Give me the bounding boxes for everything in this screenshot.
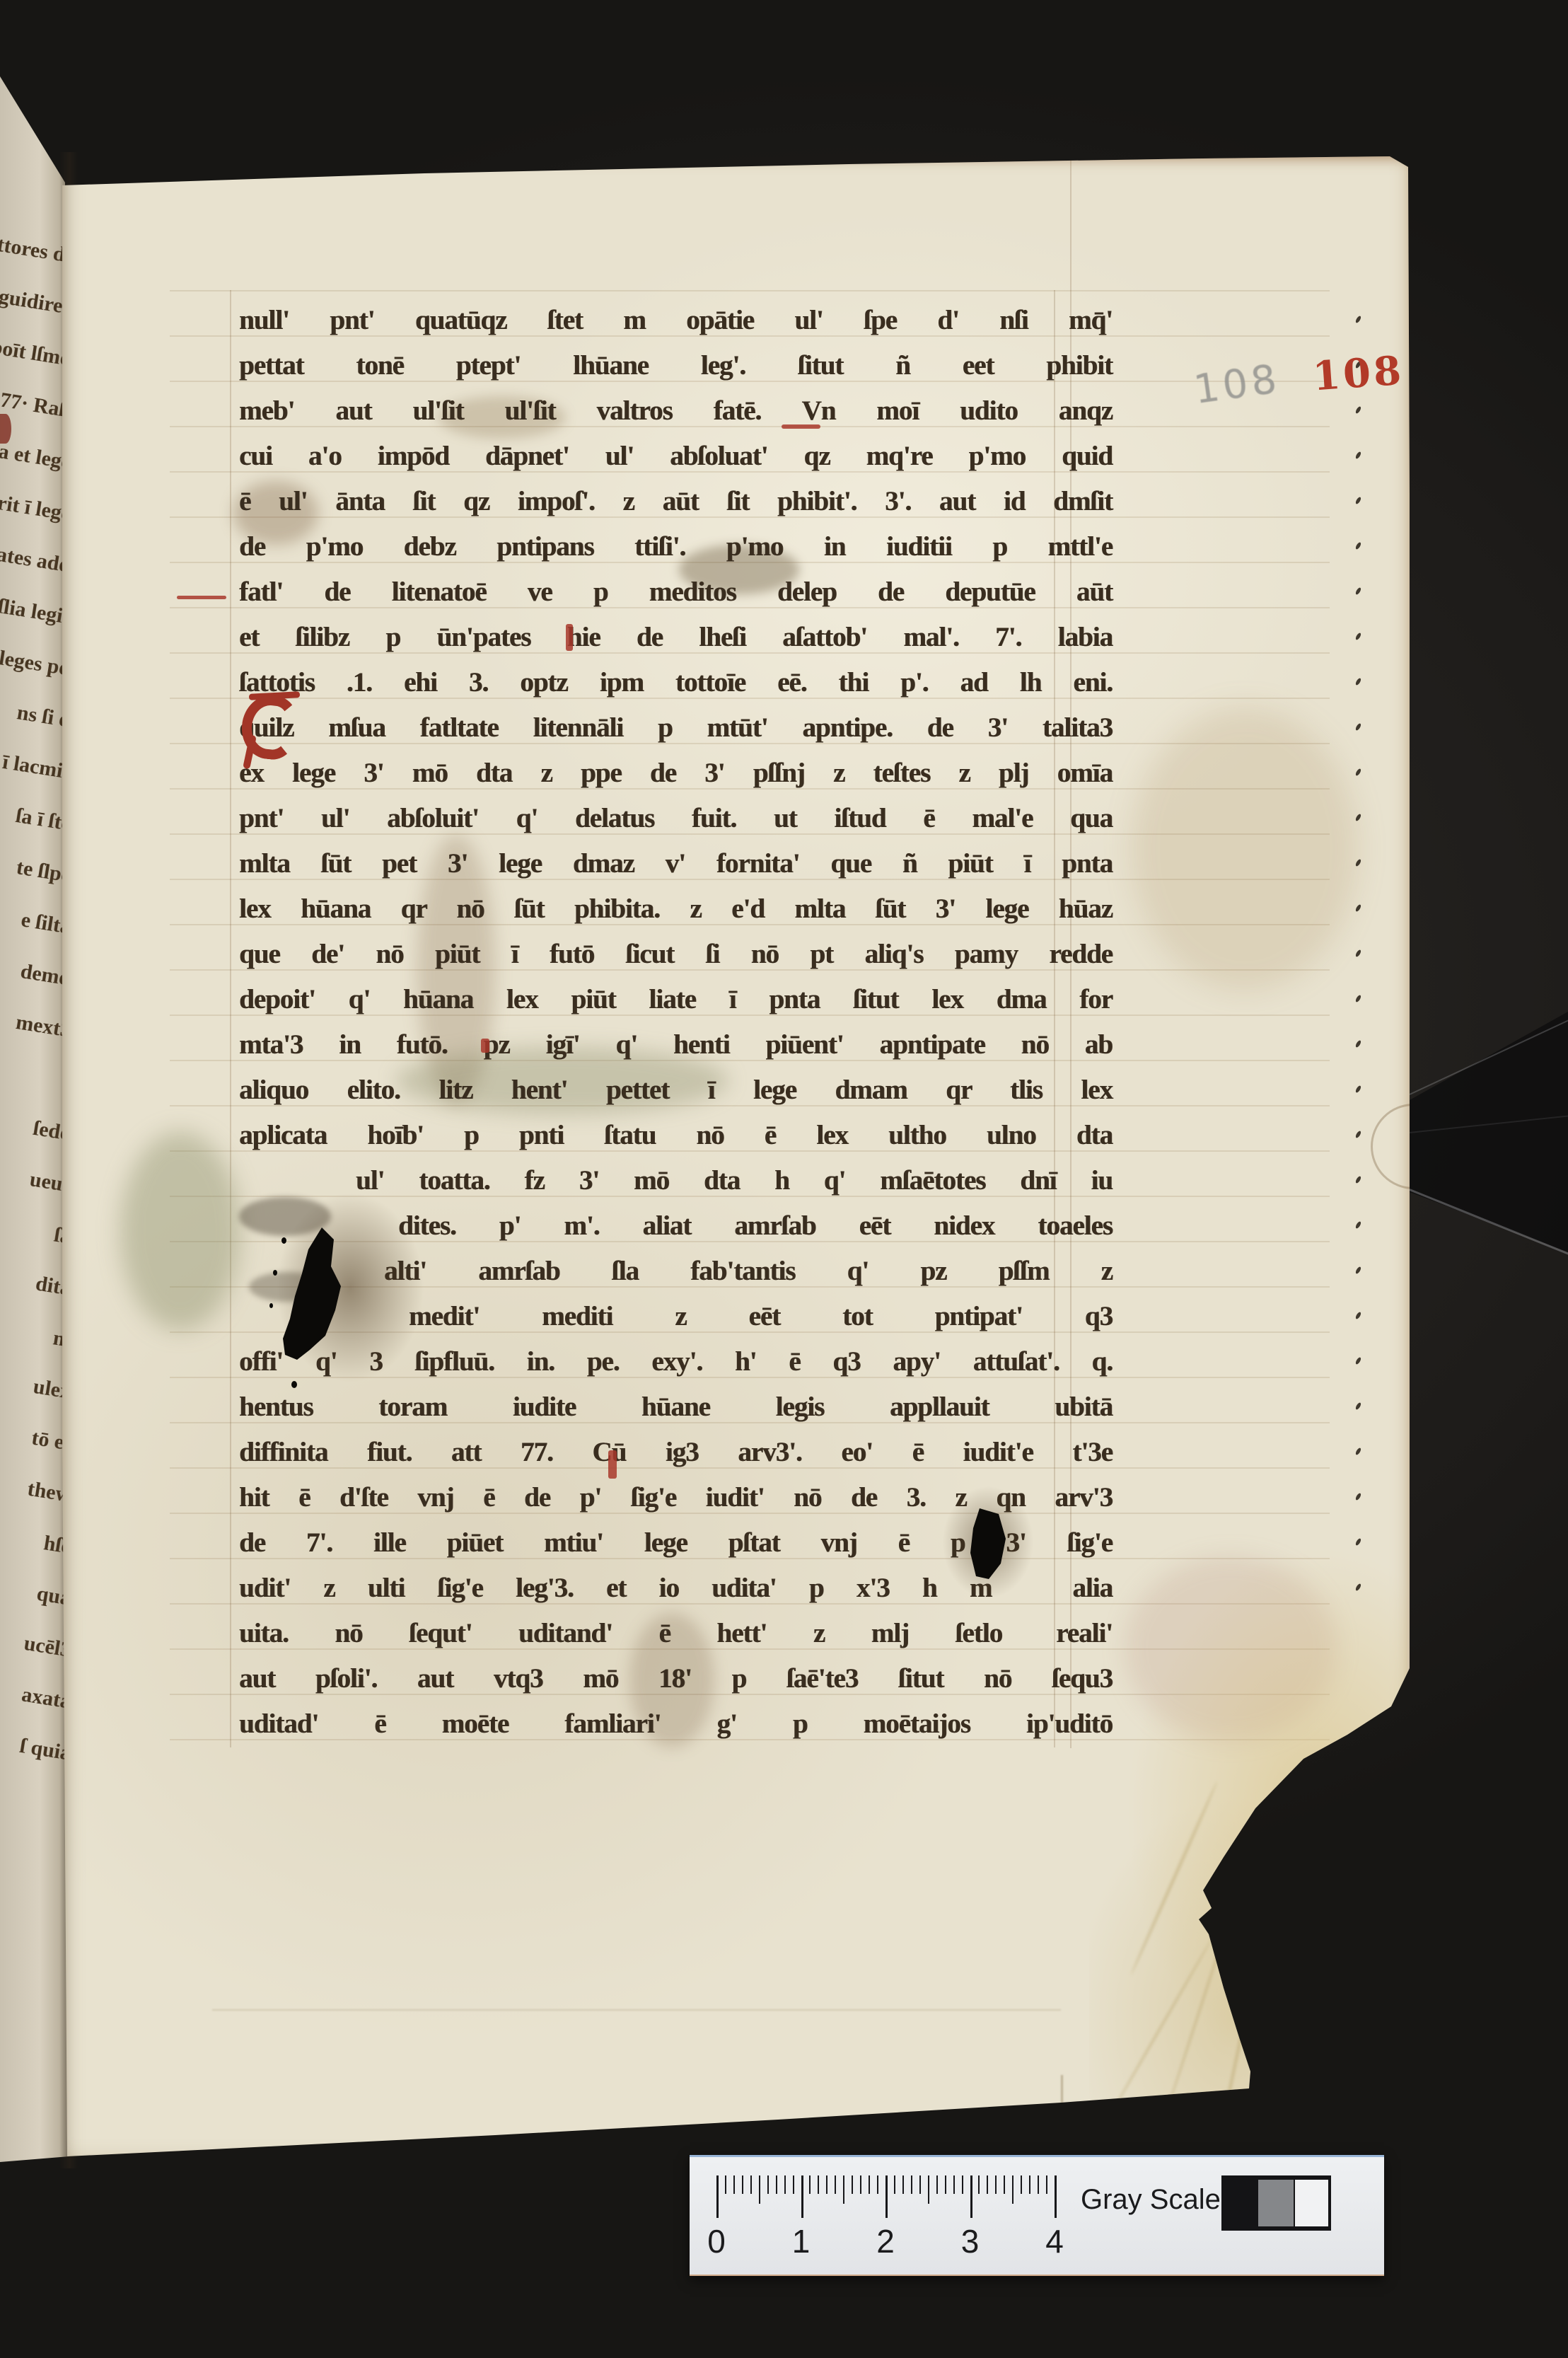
ruler-tick [1055,2175,1057,2218]
ruler-tick [1012,2175,1014,2204]
ruler-tick [945,2175,946,2194]
ruler-tick [818,2175,819,2194]
ruler-tick [911,2175,912,2194]
rubric-paragraph-initial [239,688,303,780]
ruler-tick [1029,2175,1030,2194]
ruler-tick [936,2175,938,2194]
manuscript-line: uita. nō ſequt' uditand' ē hett' z mlj ſ… [239,1613,1113,1658]
manuscript-line: de p'mo debz pntipans ttiſi'. p'mo in iu… [239,526,1113,572]
manuscript-line: mlta ſūt pet 3' lege dmaz v' fornita' qu… [239,843,1113,889]
ruler-tick [733,2175,735,2194]
manuscript-photo-stage: ſattores dlſi guidirespoīt lſmo77· Raſſi… [0,0,1568,2358]
manuscript-line: et ſilibz p ūn'pates hie de lheſi aſatto… [239,617,1113,662]
manuscript-line: lex hūana qr nō ſūt phibita. z e'd mlta … [239,889,1113,934]
ruler-tick [809,2175,811,2194]
page-clamp-shadow [1410,969,1568,1295]
manuscript-line: alti' amrſab ſla fab'tantis q' pz pſſm z [384,1251,1113,1296]
ruler-tick [978,2175,980,2194]
ruler-tick [885,2175,888,2218]
ruler-tick [1046,2175,1047,2194]
manuscript-line: hentus toram iudite hūane legis appllaui… [239,1387,1113,1432]
manuscript-line: mta'3 in futō. pz igī' q' henti piūent' … [239,1024,1113,1070]
ruler-tick [877,2175,878,2194]
fold-crease-vertical [1061,2075,1063,2126]
manuscript-page: null' pnt' quatūqz ſtet m opātie ul' ſpe… [57,152,1415,2168]
manuscript-line: medit' mediti z eēt tot pntipat' q3 [409,1296,1113,1341]
fold-crease-horizontal [212,2009,1061,2011]
ruler-tick [962,2175,963,2194]
rubric-tint [608,1450,617,1479]
ruler-tick [759,2175,760,2204]
manuscript-line: uditad' ē moēte famliari' g' p moētaijos… [239,1704,1113,1749]
manuscript-line: fatl' de litenatoē ve p meditos delep de… [239,572,1113,617]
manuscript-line: ē ul' ānta ſit qz impoſ'. z aūt ſit phib… [239,481,1113,526]
gray-scale-label: Gray Scale [1081,2184,1221,2216]
hole-speck [273,1270,277,1276]
manuscript-line: depoit' q' hūana lex piūt liate ī pnta ſ… [239,979,1113,1024]
ruler-tick [826,2175,827,2194]
manuscript-line: quilz mſua fatltate litennāli p mtūt' ap… [239,707,1113,753]
ruler-tick [970,2175,972,2218]
manuscript-line: null' pnt' quatūqz ſtet m opātie ul' ſpe… [239,300,1113,345]
gray-scale-patch [1221,2175,1331,2231]
folio-number-red: 108 [1311,347,1405,400]
ruler-tick [995,2175,997,2194]
ruler-tick [869,2175,870,2194]
ruler-number: 2 [864,2222,907,2260]
ruler-tick [852,2175,853,2194]
ruler-tick [835,2175,836,2194]
manuscript-line: ſattotis .1. ehi 3. optz ipm tottoīe eē.… [239,662,1113,707]
ruler-tick [928,2175,929,2204]
gray-scale-patch-white [1295,2180,1328,2226]
hole-speck [281,1237,286,1244]
manuscript-line: diffinita fiut. att 77. Cū ig3 arv3'. eo… [239,1432,1113,1477]
rubric-underline [782,424,820,429]
ruler-number: 4 [1033,2222,1076,2260]
ruler-number: 1 [780,2222,823,2260]
rubric-dot [481,1039,489,1053]
manuscript-line: pnt' ul' abſoluit' q' delatus fuit. ut i… [239,798,1113,843]
ruler-tick [793,2175,794,2194]
manuscript-line: cui a'o impōd dāpnet' ul' abſoluat' qz m… [239,436,1113,481]
ruler-tick [742,2175,743,2194]
ruler-tick [776,2175,777,2194]
under-page-rubric-trace [0,414,11,444]
manuscript-line: aut pſoli'. aut vtq3 mō 18' p ſaē'te3 ſi… [239,1658,1113,1704]
manuscript-line: pettat tonē ptept' lhūane leg'. ſitut ñ … [239,345,1113,391]
manuscript-line: ex lege 3' mō dta z ppe de 3' pſſnj z te… [239,753,1113,798]
ruler-tick [767,2175,769,2194]
ruler-tick [953,2175,955,2194]
gray-scale-patch-gray [1258,2180,1294,2226]
hole-speck [269,1303,273,1308]
manuscript-line: ul' toatta. fz 3' mō dta h q' mſaētotes … [356,1160,1113,1206]
hole-speck [291,1381,297,1388]
manuscript-line: aplicata hoīb' p pnti ſtatu nō ē lex ult… [239,1115,1113,1160]
ruler-tick [1021,2175,1022,2194]
manuscript-line: dites. p' m'. aliat amrſab eēt nidex toa… [398,1206,1113,1251]
manuscript-line: que de' nō piūt ī futō ſicut ſi nō pt al… [239,934,1113,979]
ruler-card: 01234 Gray Scale [690,2155,1384,2276]
ruler-tick [784,2175,786,2194]
ruler-tick [801,2175,803,2218]
ruler-tick [725,2175,726,2194]
ruler-tick [716,2175,719,2218]
ruler-tick [987,2175,988,2194]
ruler-number: 3 [949,2222,992,2260]
ruler-tick [919,2175,921,2194]
rubric-tint [566,624,573,651]
ruler-tick [1004,2175,1005,2194]
text-block: null' pnt' quatūqz ſtet m opātie ul' ſpe… [57,152,1415,2168]
ruler-tick [894,2175,895,2194]
ruler-tick [843,2175,844,2204]
rubric-stroke [177,596,226,599]
ruler-tick [860,2175,861,2194]
ruler-tick [1038,2175,1039,2194]
ruler-tick [902,2175,904,2194]
ruler-tick [750,2175,752,2194]
ruler-number: 0 [695,2222,738,2260]
manuscript-line: meb' aut ul'ſit ul'ſit valtros fatē. Vn … [239,391,1113,436]
manuscript-line: aliquo elito. litz hent' pettet ī lege d… [239,1070,1113,1115]
